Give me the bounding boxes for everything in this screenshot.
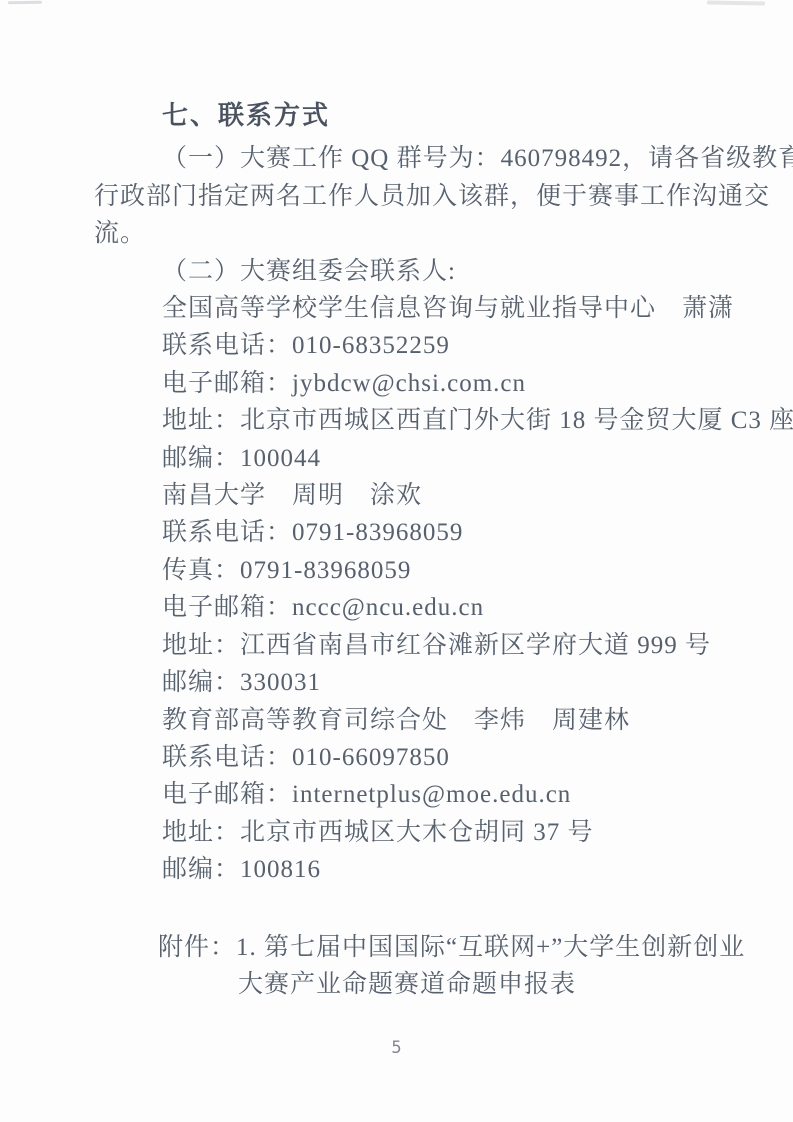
contacts-intro: （二）大赛组委会联系人: [162, 253, 697, 290]
attachment-block: 附件：1. 第七届中国国际“互联网+”大学生创新创业 大赛产业命题赛道命题申报表 [94, 929, 697, 1004]
contact-phone: 联系电话：010-66097850 [162, 739, 697, 776]
contact-address: 地址：江西省南昌市红谷滩新区学府大道 999 号 [162, 627, 697, 664]
contact-postcode: 邮编：330031 [162, 664, 697, 701]
contact-postcode: 邮编：100044 [162, 440, 697, 477]
contact-email: 电子邮箱：jybdcw@chsi.com.cn [162, 365, 697, 402]
document-body: 七、联系方式 （一）大赛工作 QQ 群号为：460798492，请各省级教育 行… [0, 0, 793, 1003]
contact-email: 电子邮箱：nccc@ncu.edu.cn [162, 589, 697, 626]
page-footer: 5 [0, 1038, 793, 1058]
contact-fax: 传真：0791-83968059 [162, 552, 697, 589]
paragraph-qq-line-3: 流。 [94, 215, 697, 252]
scan-artifact [8, 1, 42, 5]
paragraph-qq-line-1: （一）大赛工作 QQ 群号为：460798492，请各省级教育 [162, 140, 697, 177]
contact-address: 地址：北京市西城区大木仓胡同 37 号 [162, 814, 697, 851]
contact-email: 电子邮箱：internetplus@moe.edu.cn [162, 776, 697, 813]
contact-org: 全国高等学校学生信息咨询与就业指导中心 萧潇 [162, 290, 697, 327]
page-number: 5 [391, 1038, 401, 1058]
section-heading: 七、联系方式 [162, 97, 697, 134]
document-page: 七、联系方式 （一）大赛工作 QQ 群号为：460798492，请各省级教育 行… [0, 0, 793, 1122]
contact-postcode: 邮编：100816 [162, 851, 697, 888]
attachment-line-1: 附件：1. 第七届中国国际“互联网+”大学生创新创业 [158, 929, 697, 966]
contact-phone: 联系电话：0791-83968059 [162, 514, 697, 551]
contact-phone: 联系电话：010-68352259 [162, 327, 697, 364]
contact-address: 地址：北京市西城区西直门外大街 18 号金贸大厦 C3 座 [162, 402, 697, 439]
contact-org: 教育部高等教育司综合处 李炜 周建林 [162, 702, 697, 739]
contact-org: 南昌大学 周明 涂欢 [162, 477, 697, 514]
attachment-line-2: 大赛产业命题赛道命题申报表 [238, 966, 697, 1003]
paragraph-qq-line-2: 行政部门指定两名工作人员加入该群，便于赛事工作沟通交 [94, 178, 697, 215]
